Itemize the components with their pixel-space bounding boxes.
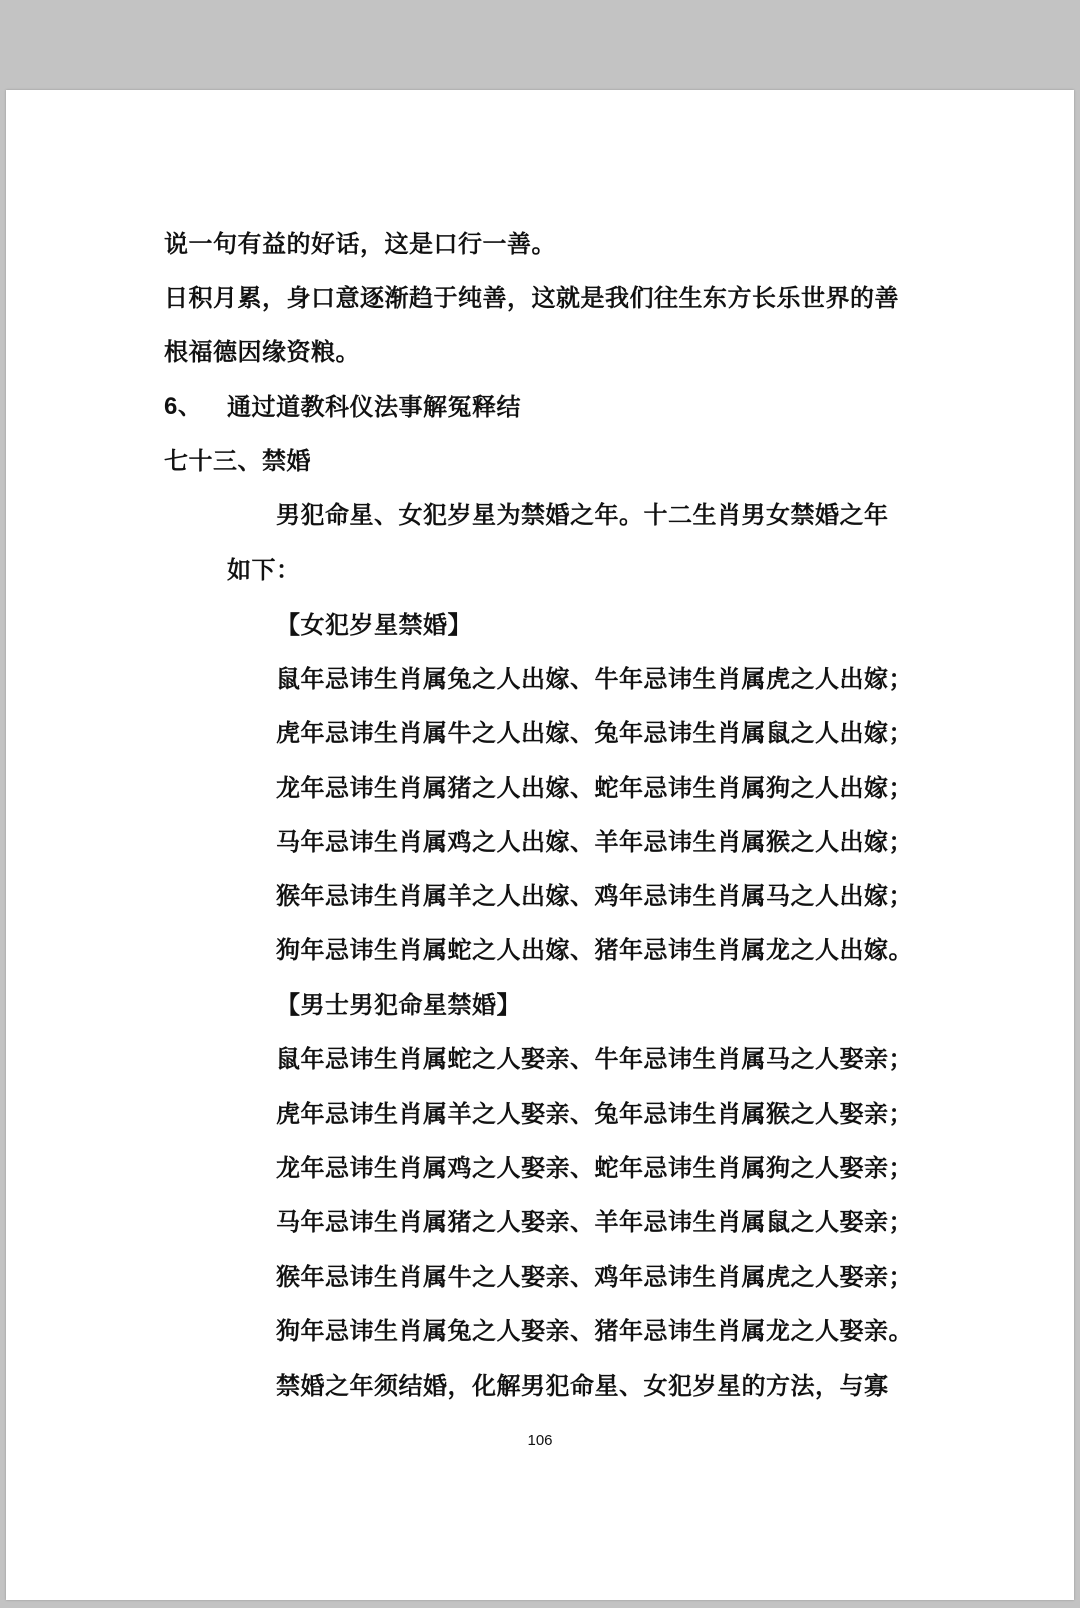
rule-line: 马年忌讳生肖属鸡之人出嫁、羊年忌讳生肖属猴之人出嫁； xyxy=(276,827,913,857)
page-number: 106 xyxy=(6,1432,1074,1449)
document-page: 说一句有益的好话，这是口行一善。 日积月累，身口意逐渐趋于纯善，这就是我们往生东… xyxy=(6,90,1074,1600)
closing-line: 禁婚之年须结婚，化解男犯命星、女犯岁星的方法，与寡 xyxy=(276,1371,889,1401)
rule-line: 龙年忌讳生肖属鸡之人娶亲、蛇年忌讳生肖属狗之人娶亲； xyxy=(276,1153,913,1183)
list-item-number: 6、 xyxy=(164,392,202,422)
male-section-heading: 【男士男犯命星禁婚】 xyxy=(276,990,521,1020)
rule-line: 狗年忌讳生肖属兔之人娶亲、猪年忌讳生肖属龙之人娶亲。 xyxy=(276,1316,913,1346)
rule-line: 鼠年忌讳生肖属蛇之人娶亲、牛年忌讳生肖属马之人娶亲； xyxy=(276,1044,913,1074)
rule-line: 猴年忌讳生肖属牛之人娶亲、鸡年忌讳生肖属虎之人娶亲； xyxy=(276,1262,913,1292)
rule-line: 虎年忌讳生肖属牛之人出嫁、兔年忌讳生肖属鼠之人出嫁； xyxy=(276,718,913,748)
section-title: 七十三、禁婚 xyxy=(164,446,311,476)
list-item-text: 通过道教科仪法事解冤释结 xyxy=(227,392,521,422)
rule-line: 龙年忌讳生肖属猪之人出嫁、蛇年忌讳生肖属狗之人出嫁； xyxy=(276,773,913,803)
intro-line: 男犯命星、女犯岁星为禁婚之年。十二生肖男女禁婚之年 xyxy=(276,500,889,530)
rule-line: 猴年忌讳生肖属羊之人出嫁、鸡年忌讳生肖属马之人出嫁； xyxy=(276,881,913,911)
paragraph-line: 根福德因缘资粮。 xyxy=(164,337,360,367)
rule-line: 虎年忌讳生肖属羊之人娶亲、兔年忌讳生肖属猴之人娶亲； xyxy=(276,1099,913,1129)
rule-line: 狗年忌讳生肖属蛇之人出嫁、猪年忌讳生肖属龙之人出嫁。 xyxy=(276,935,913,965)
rule-line: 马年忌讳生肖属猪之人娶亲、羊年忌讳生肖属鼠之人娶亲； xyxy=(276,1207,913,1237)
paragraph-line: 说一句有益的好话，这是口行一善。 xyxy=(164,229,556,259)
female-section-heading: 【女犯岁星禁婚】 xyxy=(276,610,472,640)
intro-line: 如下： xyxy=(227,555,301,585)
rule-line: 鼠年忌讳生肖属兔之人出嫁、牛年忌讳生肖属虎之人出嫁； xyxy=(276,664,913,694)
paragraph-line: 日积月累，身口意逐渐趋于纯善，这就是我们往生东方长乐世界的善 xyxy=(164,283,899,313)
